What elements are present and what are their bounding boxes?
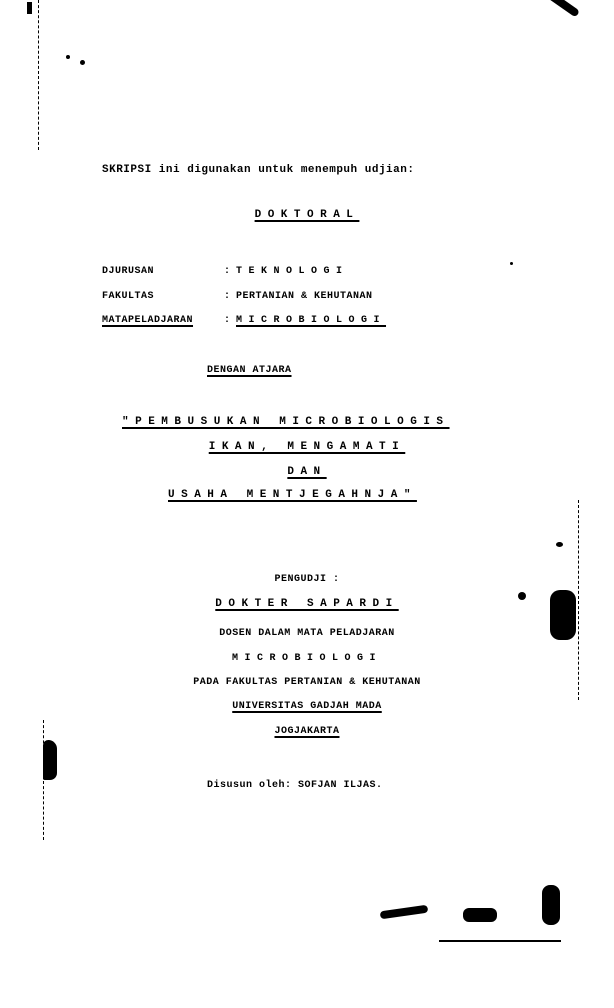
title-line-1: "PEMBUSUKAN MICROBIOLOGIS	[122, 416, 450, 428]
field-label: DJURUSAN	[102, 266, 154, 277]
examiner-university: UNIVERSITAS GADJAH MADA	[0, 701, 614, 712]
field-value: TEKNOLOGI	[236, 266, 349, 277]
title-line-4: USAHA MENTJEGAHNJA"	[168, 489, 417, 501]
intro-line: SKRIPSI ini digunakan untuk menempuh udj…	[102, 164, 414, 176]
author-line: Disusun oleh: SOFJAN ILJAS.	[207, 780, 383, 791]
field-separator: :	[224, 315, 231, 326]
field-separator: :	[224, 266, 231, 277]
title-line-2: IKAN, MENGAMATI	[0, 441, 614, 453]
scan-blot-top-left	[27, 2, 32, 14]
scan-edge-left-lower	[43, 720, 44, 840]
scan-blot-bottom-3	[542, 885, 560, 925]
scan-blot-bottom-1	[380, 905, 429, 920]
field-value: PERTANIAN & KEHUTANAN	[236, 291, 373, 302]
degree-heading: DOKTORAL	[0, 209, 614, 221]
field-label: MATAPELADJARAN	[102, 315, 193, 326]
examiner-name: DOKTER SAPARDI	[0, 598, 614, 610]
scan-blot-top-right	[546, 0, 580, 18]
scan-speck	[66, 55, 70, 59]
scan-bottom-rule	[439, 940, 561, 942]
scan-speck	[556, 542, 563, 547]
scan-speck	[510, 262, 513, 265]
scan-blot-left	[43, 740, 57, 780]
examiner-faculty: PADA FAKULTAS PERTANIAN & KEHUTANAN	[0, 677, 614, 688]
examiner-subject: MICROBIOLOGI	[0, 653, 614, 664]
examiner-position: DOSEN DALAM MATA PELADJARAN	[0, 628, 614, 639]
with-title-label: DENGAN ATJARA	[207, 365, 292, 376]
scan-speck	[80, 60, 85, 65]
scan-blot-bottom-2	[463, 908, 497, 922]
field-label: FAKULTAS	[102, 291, 154, 302]
title-line-3: DAN	[0, 466, 614, 478]
examiner-label: PENGUDJI :	[0, 574, 614, 585]
field-value: MICROBIOLOGI	[236, 315, 386, 326]
examiner-city: JOGJAKARTA	[0, 726, 614, 737]
scan-edge-left	[38, 0, 39, 150]
field-separator: :	[224, 291, 231, 302]
